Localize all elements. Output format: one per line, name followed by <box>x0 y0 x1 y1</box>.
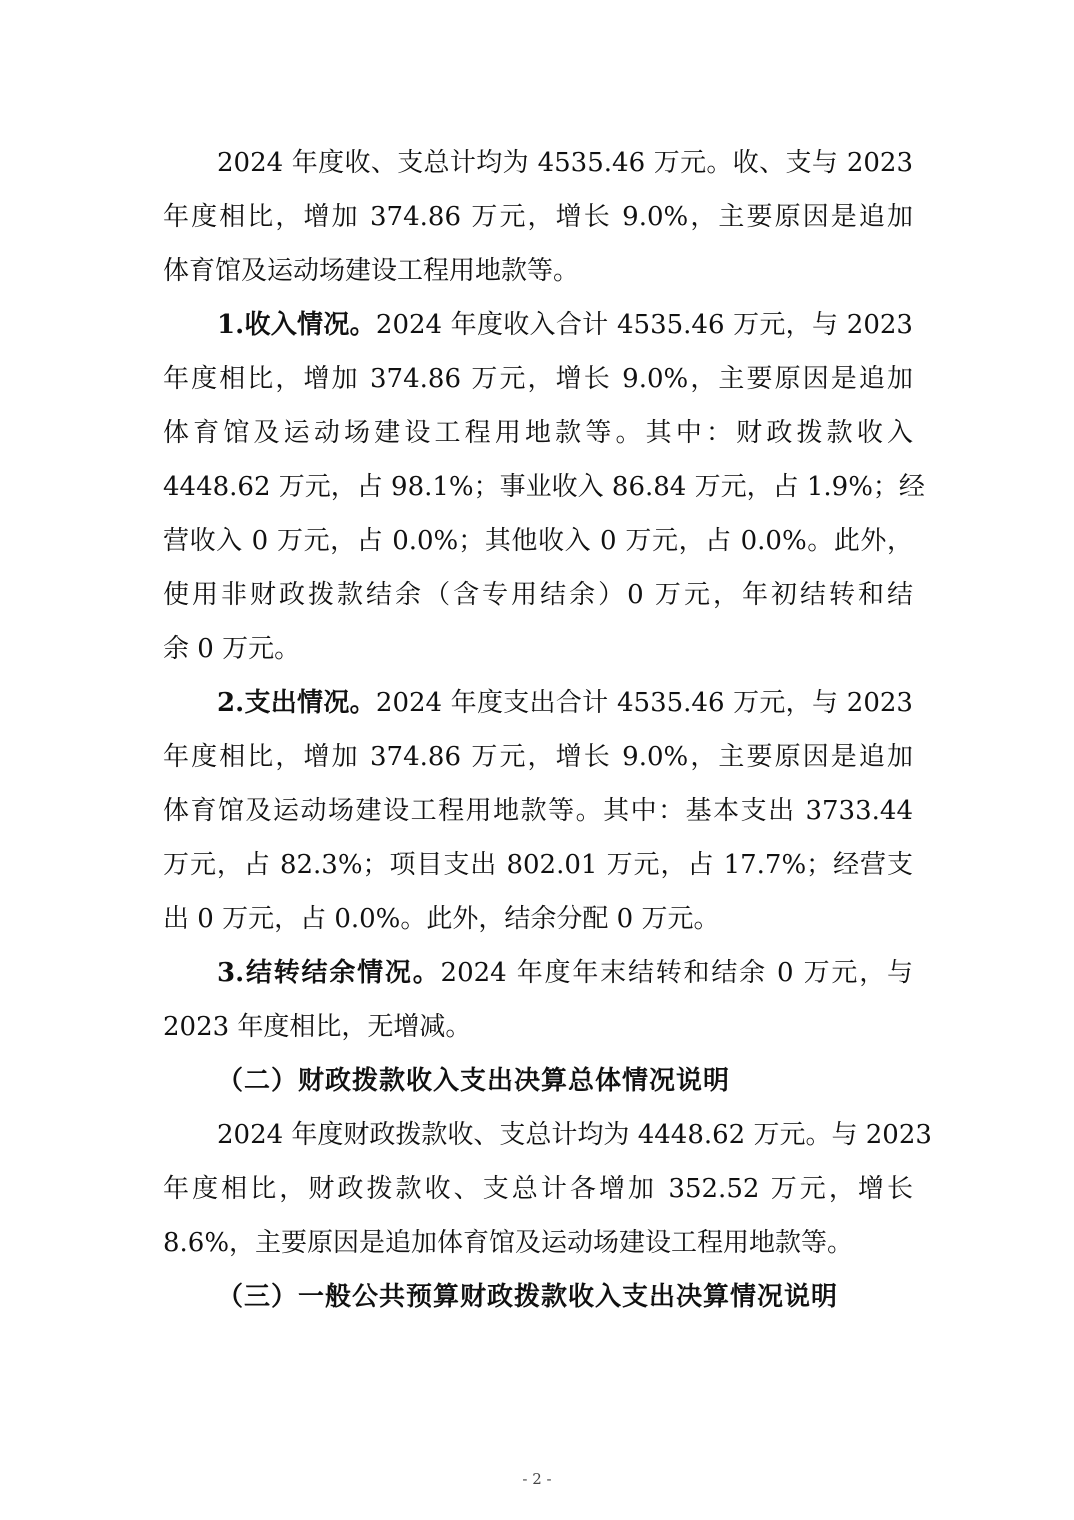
text-line: 体育馆及运动场建设工程用地款等。 <box>163 244 913 298</box>
text-line: 2023 年度相比，无增减。 <box>163 1000 913 1054</box>
section-heading: （二）财政拨款收入支出决算总体情况说明 <box>163 1054 913 1108</box>
text-line: 4448.62 万元，占 98.1%；事业收入 86.84 万元，占 1.9%；… <box>163 460 913 514</box>
text-line: 出 0 万元，占 0.0%。此外，结余分配 0 万元。 <box>163 892 913 946</box>
section-heading: （三）一般公共预算财政拨款收入支出决算情况说明 <box>163 1270 913 1324</box>
page-number: - 2 - <box>0 1470 1074 1488</box>
text-line: 万元，占 82.3%；项目支出 802.01 万元，占 17.7%；经营支 <box>163 838 913 892</box>
carryover-paragraph: 3.结转结余情况。2024 年度年末结转和结余 0 万元，与 2023 年度相比… <box>163 946 913 1054</box>
text-line: 3.结转结余情况。2024 年度年末结转和结余 0 万元，与 <box>163 946 913 1000</box>
section2-paragraph: 2024 年度财政拨款收、支总计均为 4448.62 万元。与 2023 年度相… <box>163 1108 913 1270</box>
text-line: 年度相比，增加 374.86 万元，增长 9.0%，主要原因是追加 <box>163 352 913 406</box>
income-label: 1.收入情况。 <box>217 310 376 340</box>
text-line: 使用非财政拨款结余（含专用结余）0 万元，年初结转和结 <box>163 568 913 622</box>
document-body: 2024 年度收、支总计均为 4535.46 万元。收、支与 2023 年度相比… <box>163 136 913 1324</box>
text-line: 1.收入情况。2024 年度收入合计 4535.46 万元，与 2023 <box>163 298 913 352</box>
income-paragraph: 1.收入情况。2024 年度收入合计 4535.46 万元，与 2023 年度相… <box>163 298 913 676</box>
document-page: 2024 年度收、支总计均为 4535.46 万元。收、支与 2023 年度相比… <box>0 0 1074 1520</box>
text-line: 2.支出情况。2024 年度支出合计 4535.46 万元，与 2023 <box>163 676 913 730</box>
text-line: 8.6%，主要原因是追加体育馆及运动场建设工程用地款等。 <box>163 1216 913 1270</box>
expenditure-paragraph: 2.支出情况。2024 年度支出合计 4535.46 万元，与 2023 年度相… <box>163 676 913 946</box>
text-line: 2024 年度财政拨款收、支总计均为 4448.62 万元。与 2023 <box>163 1108 913 1162</box>
text-fragment: 2024 年度收入合计 4535.46 万元，与 2023 <box>376 310 913 340</box>
text-line: 2024 年度收、支总计均为 4535.46 万元。收、支与 2023 <box>163 136 913 190</box>
text-line: 余 0 万元。 <box>163 622 913 676</box>
overview-paragraph: 2024 年度收、支总计均为 4535.46 万元。收、支与 2023 年度相比… <box>163 136 913 298</box>
text-fragment: 2024 年度年末结转和结余 0 万元，与 <box>441 958 913 988</box>
text-line: 年度相比，增加 374.86 万元，增长 9.0%，主要原因是追加 <box>163 190 913 244</box>
text-line: 体育馆及运动场建设工程用地款等。其中：财政拨款收入 <box>163 406 913 460</box>
text-line: 营收入 0 万元，占 0.0%；其他收入 0 万元，占 0.0%。此外， <box>163 514 913 568</box>
text-line: 体育馆及运动场建设工程用地款等。其中：基本支出 3733.44 <box>163 784 913 838</box>
expenditure-label: 2.支出情况。 <box>217 688 376 718</box>
text-line: 年度相比，增加 374.86 万元，增长 9.0%，主要原因是追加 <box>163 730 913 784</box>
text-line: 年度相比，财政拨款收、支总计各增加 352.52 万元，增长 <box>163 1162 913 1216</box>
carryover-label: 3.结转结余情况。 <box>217 958 441 988</box>
text-fragment: 2024 年度支出合计 4535.46 万元，与 2023 <box>376 688 913 718</box>
